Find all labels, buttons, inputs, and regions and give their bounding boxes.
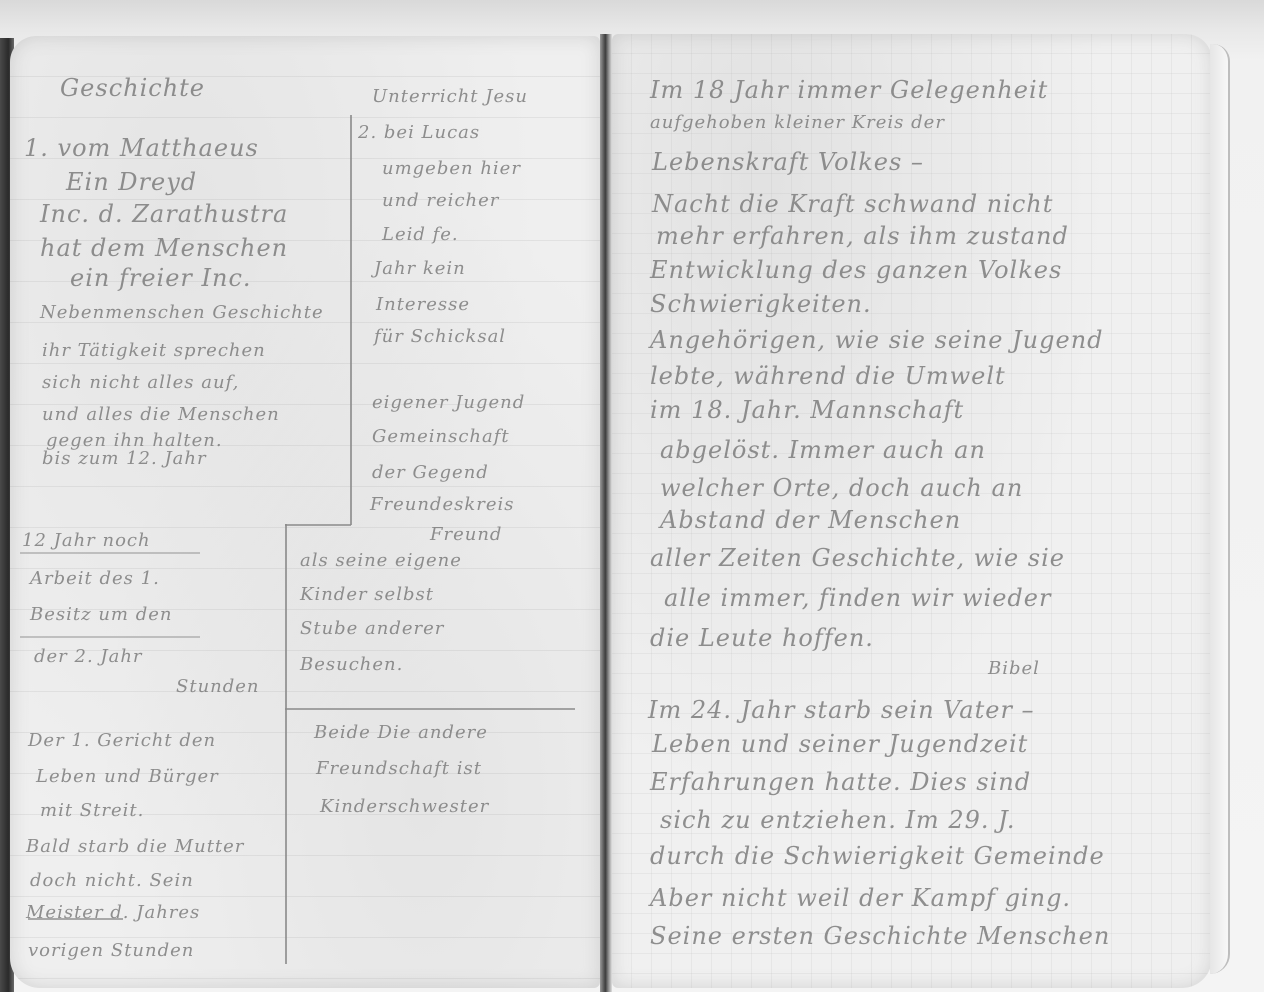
handwritten-line: ihr Tätigkeit sprechen — [42, 340, 266, 361]
handwritten-line: der 2. Jahr — [34, 646, 143, 667]
handwritten-line: durch die Schwierigkeit Gemeinde — [650, 842, 1105, 870]
handwritten-line: Besitz um den — [30, 604, 172, 625]
handwritten-line: Lebenskraft Volkes – — [652, 148, 924, 176]
handwritten-line: alle immer, finden wir wieder — [664, 584, 1051, 612]
handwritten-line: welcher Orte, doch auch an — [660, 474, 1023, 502]
column-divider-lower — [285, 524, 287, 964]
handwritten-line: umgeben hier — [382, 158, 521, 179]
handwritten-line: Im 24. Jahr starb sein Vater – — [648, 696, 1035, 724]
column-b-heading: Unterricht Jesu — [372, 86, 528, 107]
handwritten-line: 1. vom Matthaeus — [24, 134, 259, 162]
handwritten-line: Entwicklung des ganzen Volkes — [650, 256, 1062, 284]
handwritten-line: vorigen Stunden — [28, 940, 194, 961]
handwritten-line: Stunden — [176, 676, 260, 697]
handwritten-line: Beide Die andere — [314, 722, 488, 743]
handwritten-line: Leben und seiner Jugendzeit — [652, 730, 1028, 758]
box-top-line — [285, 524, 351, 526]
handwritten-line: abgelöst. Immer auch an — [660, 436, 986, 464]
handwritten-line: aufgehoben kleiner Kreis der — [650, 112, 945, 133]
handwritten-line: der Gegend — [372, 462, 489, 483]
handwritten-line: Angehörigen, wie sie seine Jugend — [650, 326, 1104, 354]
handwritten-line: die Leute hoffen. — [650, 624, 874, 652]
handwritten-line: Bald starb die Mutter — [26, 836, 244, 857]
handwritten-line: Nebenmenschen Geschichte — [40, 302, 324, 323]
handwritten-line: Schwierigkeiten. — [650, 290, 872, 318]
column-divider-upper — [350, 115, 352, 525]
handwritten-line: eigener Jugend — [372, 392, 525, 413]
handwritten-line: Kinderschwester — [320, 796, 489, 817]
page-stack-edge — [1210, 44, 1230, 974]
handwritten-line: Inc. d. Zarathustra — [40, 200, 288, 228]
handwritten-line: als seine eigene — [300, 550, 462, 571]
handwritten-line: für Schicksal — [374, 326, 506, 347]
handwritten-line: und alles die Menschen — [42, 404, 280, 425]
handwritten-line: und reicher — [382, 190, 499, 211]
handwritten-line: Freundschaft ist — [316, 758, 482, 779]
handwritten-line: Freund — [430, 524, 502, 545]
handwritten-line: Nacht die Kraft schwand nicht — [652, 190, 1053, 218]
handwritten-line: Meister d. Jahres — [26, 902, 200, 923]
handwritten-line: lebte, während die Umwelt — [650, 362, 1006, 390]
handwritten-line: doch nicht. Sein — [30, 870, 194, 891]
handwritten-line: im 18. Jahr. Mannschaft — [650, 396, 964, 424]
handwritten-line: mehr erfahren, als ihm zustand — [656, 222, 1069, 250]
handwritten-line: Jahr kein — [374, 258, 466, 279]
handwritten-line: aller Zeiten Geschichte, wie sie — [650, 544, 1065, 572]
handwritten-line: sich zu entziehen. Im 29. J. — [660, 806, 1016, 834]
handwritten-line: Leid fe. — [382, 224, 459, 245]
handwritten-line: Im 18 Jahr immer Gelegenheit — [650, 76, 1048, 104]
handwritten-line: Leben und Bürger — [36, 766, 219, 787]
handwritten-line: mit Streit. — [40, 800, 144, 821]
handwritten-line: Interesse — [376, 294, 470, 315]
handwritten-line: Besuchen. — [300, 654, 403, 675]
handwritten-line: Aber nicht weil der Kampf ging. — [650, 884, 1071, 912]
left-heading: Geschichte — [60, 74, 205, 102]
handwritten-annotation: Bibel — [988, 658, 1040, 679]
handwritten-line: hat dem Menschen — [40, 234, 288, 262]
handwritten-line: Kinder selbst — [300, 584, 434, 605]
handwritten-line: Seine ersten Geschichte Menschen — [650, 922, 1110, 950]
box-bottom-line — [285, 708, 575, 710]
handwritten-line: Stube anderer — [300, 618, 444, 639]
scanned-notebook: Geschichte 1. vom Matthaeus Ein Dreyd In… — [0, 0, 1264, 992]
handwritten-line: Abstand der Menschen — [660, 506, 961, 534]
handwritten-line: 12 Jahr noch — [22, 530, 151, 551]
handwritten-line: Ein Dreyd — [66, 168, 197, 196]
handwritten-line: Arbeit des 1. — [30, 568, 160, 589]
handwritten-line: Freundeskreis — [370, 494, 515, 515]
handwritten-line: Der 1. Gericht den — [28, 730, 216, 751]
handwritten-line: bis zum 12. Jahr — [42, 448, 207, 469]
handwritten-line: ein freier Inc. — [70, 264, 252, 292]
handwritten-line: Gemeinschaft — [372, 426, 510, 447]
notebook-gutter — [600, 34, 612, 992]
handwritten-line: sich nicht alles auf, — [42, 372, 239, 393]
section-rule-2 — [20, 636, 200, 638]
handwritten-line: Erfahrungen hatte. Dies sind — [650, 768, 1031, 796]
handwritten-line: 2. bei Lucas — [358, 122, 480, 143]
section-rule-1 — [20, 552, 200, 554]
